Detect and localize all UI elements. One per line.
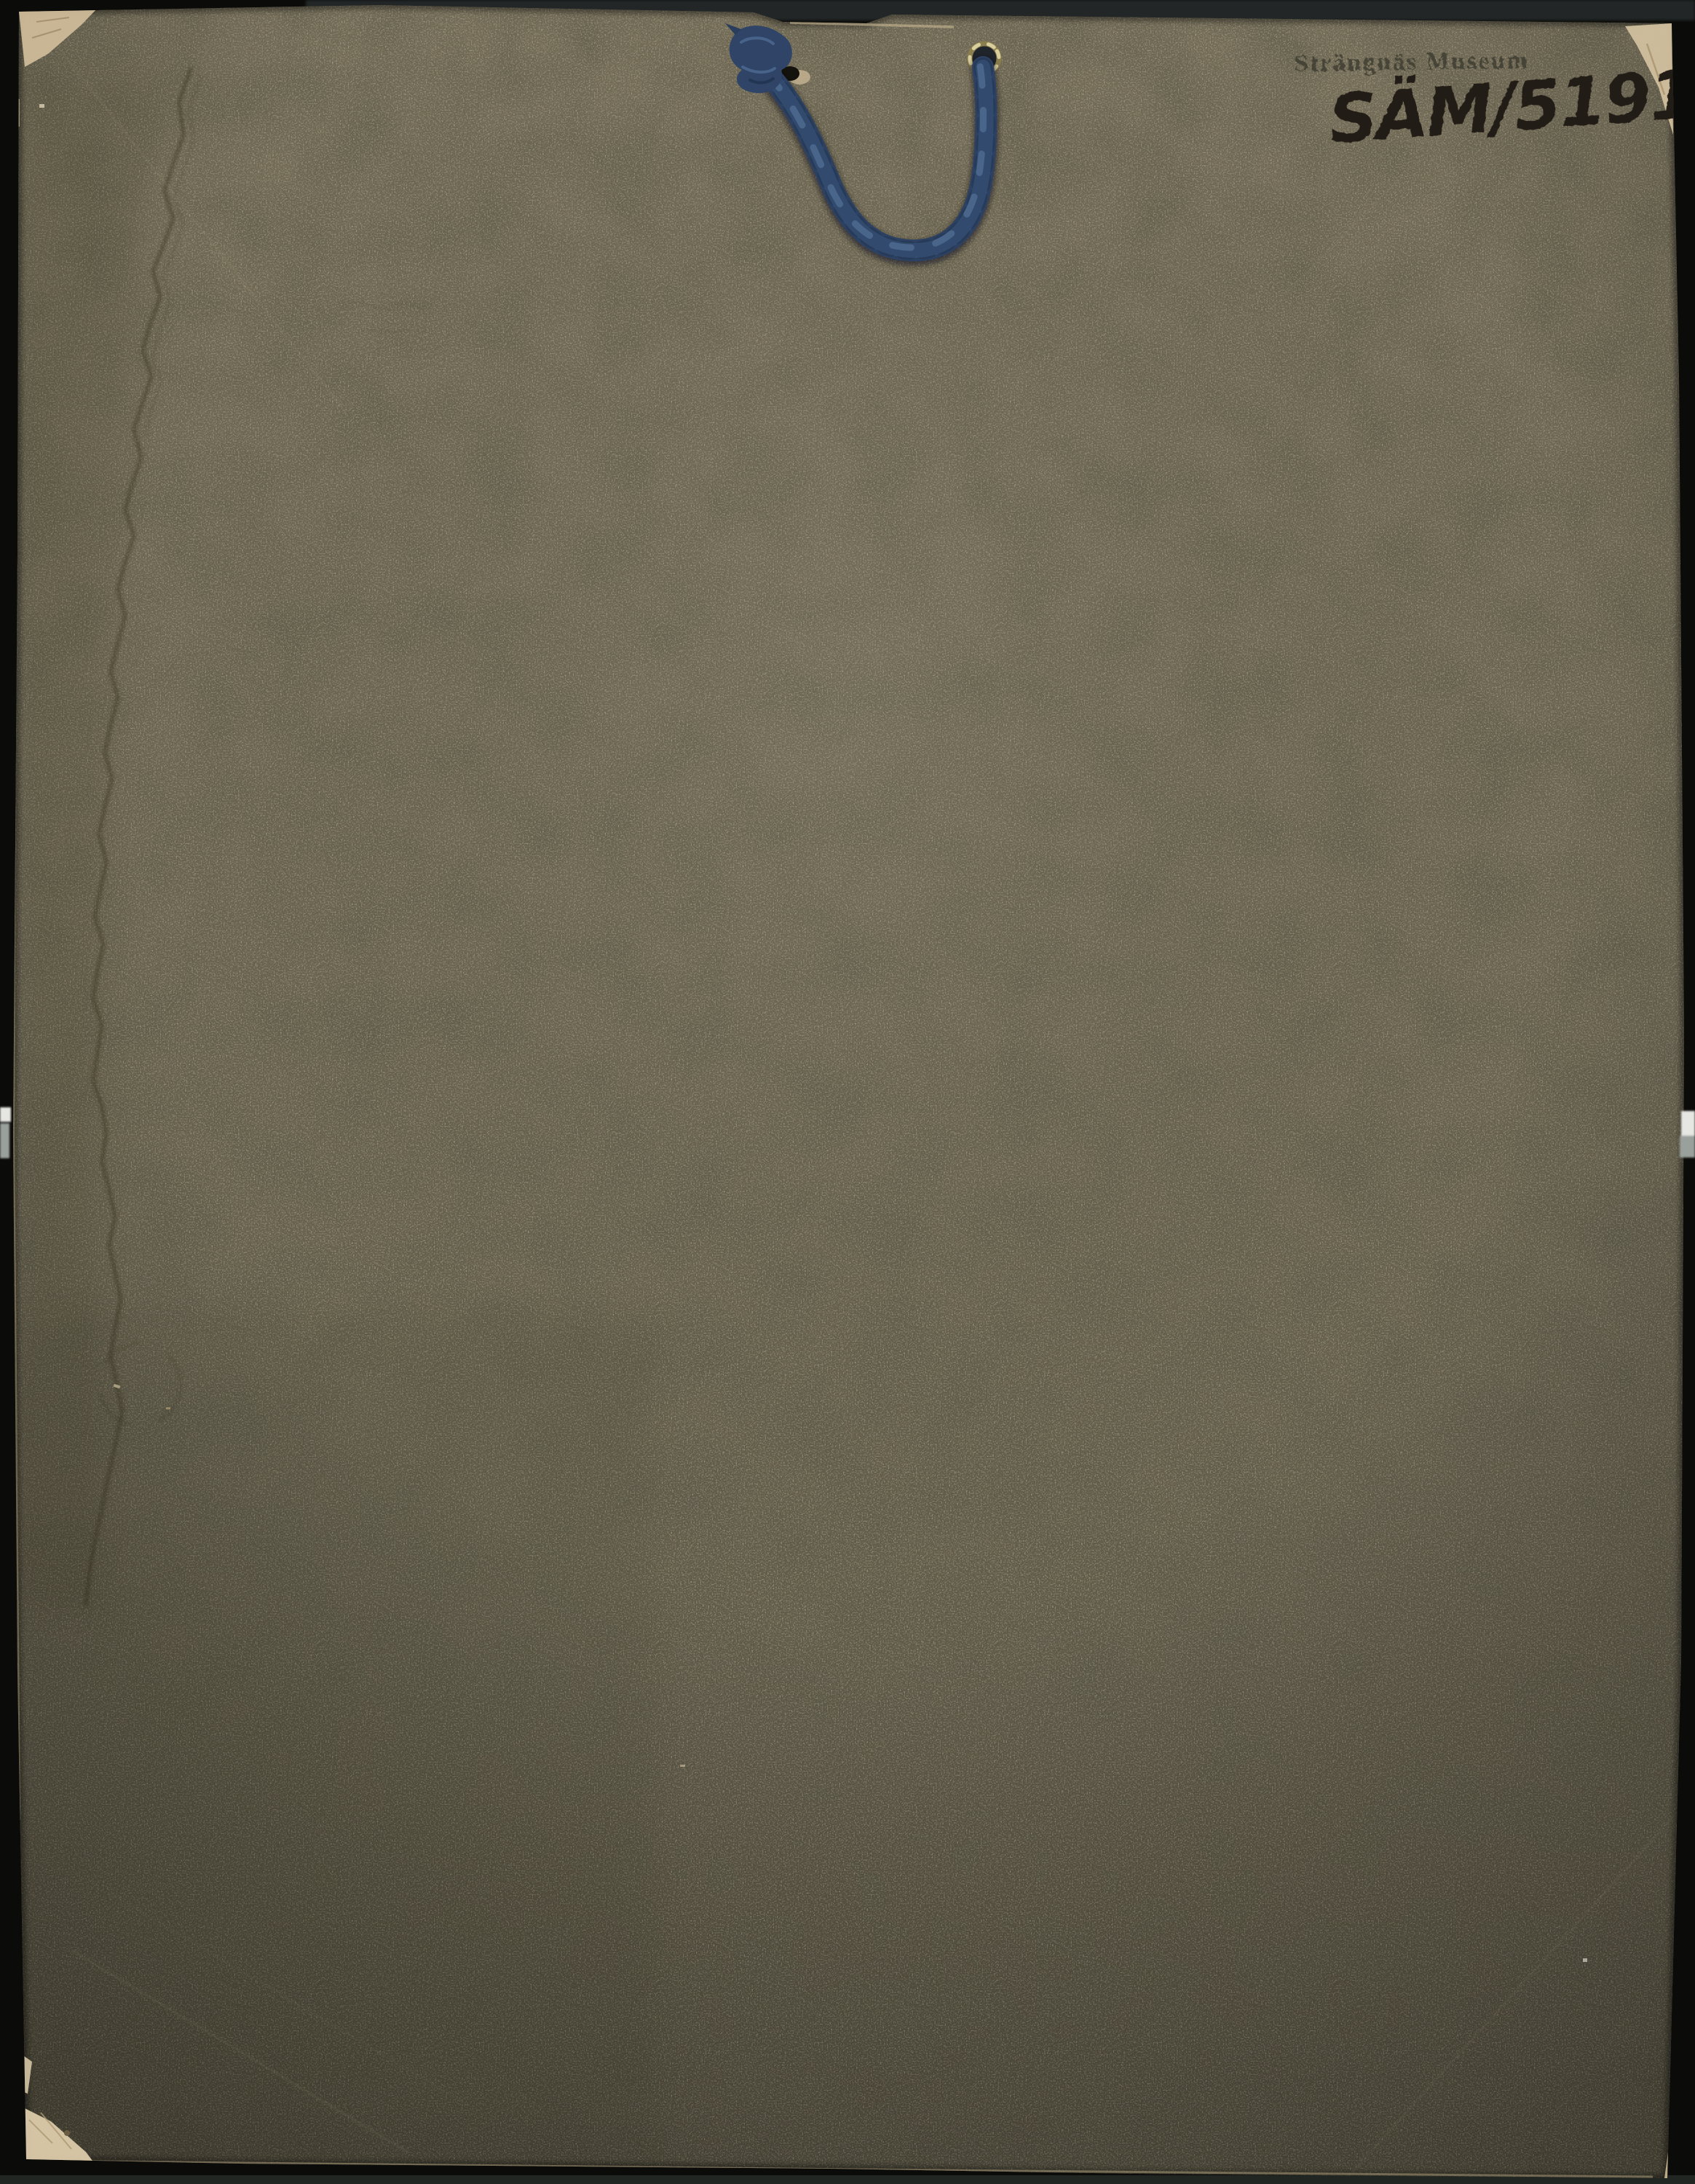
scanned-archive-photo-mount-back: Strängnäs Museum SÄM/5191: [0, 0, 1695, 2184]
cardboard-back: Strängnäs Museum SÄM/5191: [0, 0, 1695, 2184]
scan-image: Strängnäs Museum SÄM/5191: [0, 0, 1695, 2184]
vignette: [0, 0, 1695, 2184]
scan-artifact-band-left: [0, 1107, 11, 1158]
scan-artifact-band-right: [1680, 1111, 1695, 1158]
scanner-lid-strip-bottom: [0, 2175, 1695, 2184]
